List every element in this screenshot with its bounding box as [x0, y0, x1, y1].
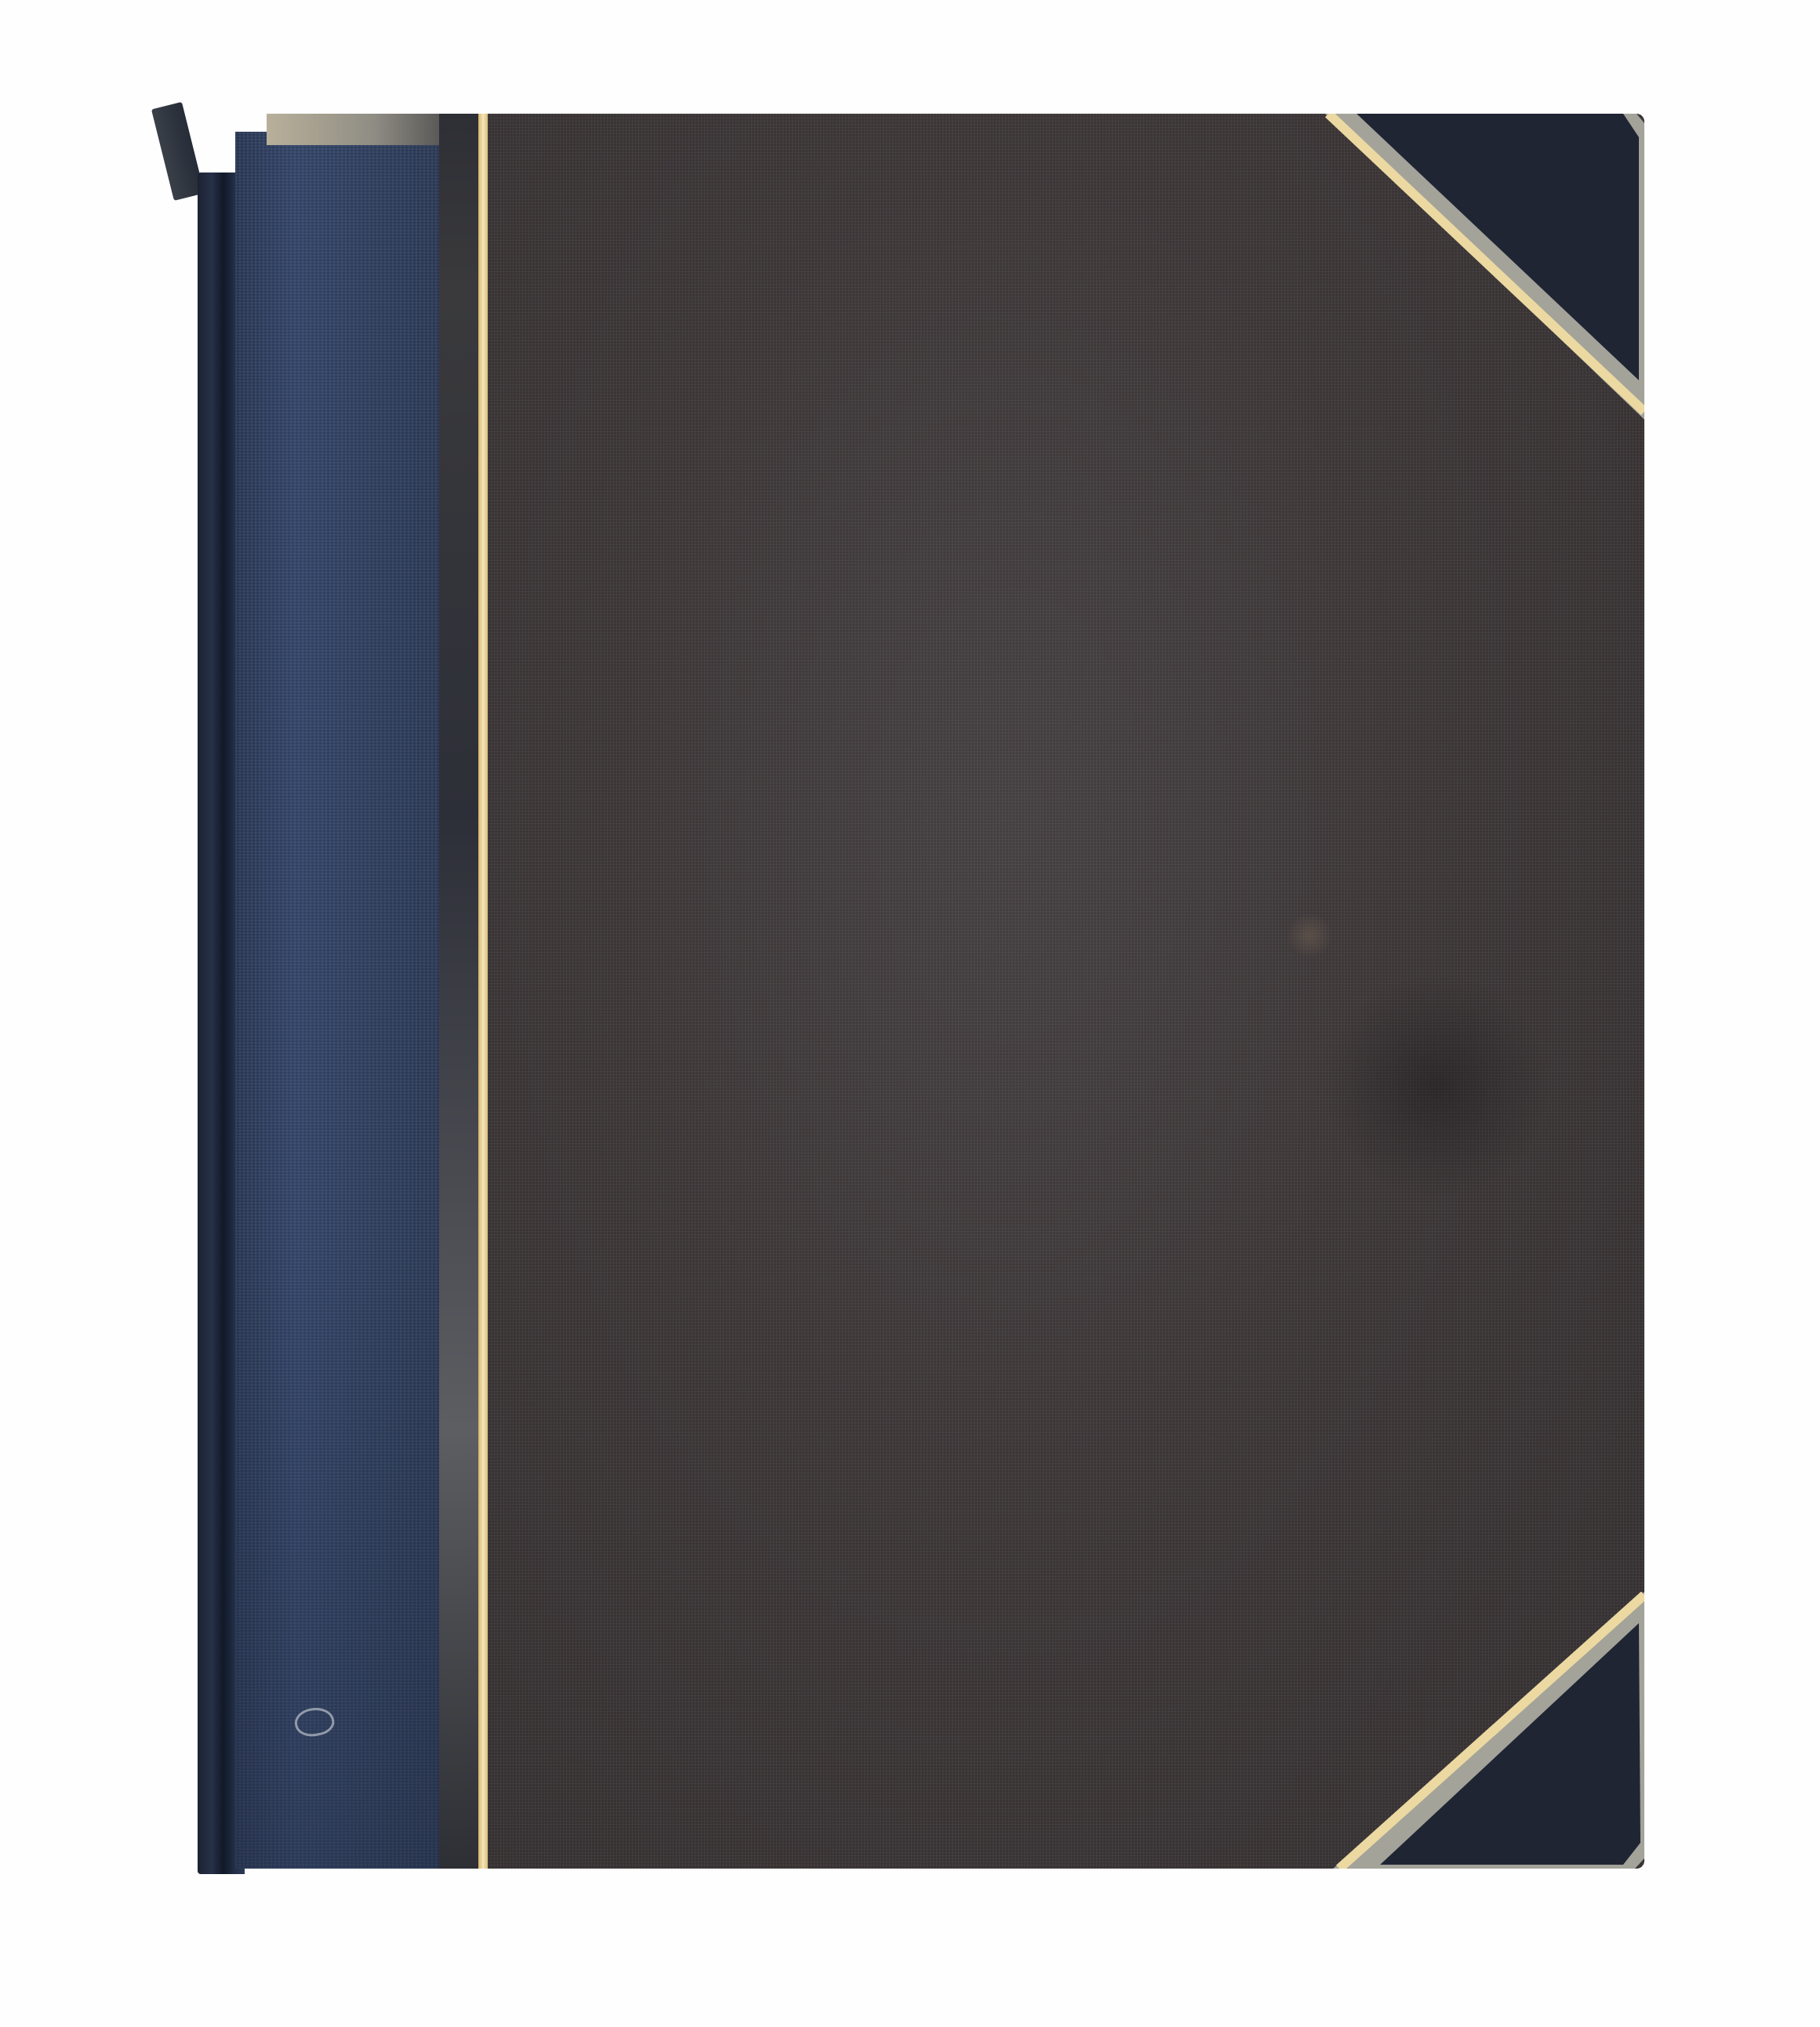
gold-fillet-line [478, 114, 488, 1869]
photo-background [0, 0, 1820, 2027]
book [0, 0, 1820, 2027]
spine-frayed-top-tab [151, 102, 205, 201]
corner-top-right [1325, 114, 1644, 420]
spine-board-strip [439, 114, 480, 1869]
corner-top-right-shape [1325, 114, 1644, 420]
corner-bottom-right-shape [1333, 1592, 1644, 1869]
cover-dark-stain [1319, 976, 1554, 1196]
cover-light-spot [1288, 914, 1331, 957]
corner-bottom-right [1333, 1592, 1644, 1869]
